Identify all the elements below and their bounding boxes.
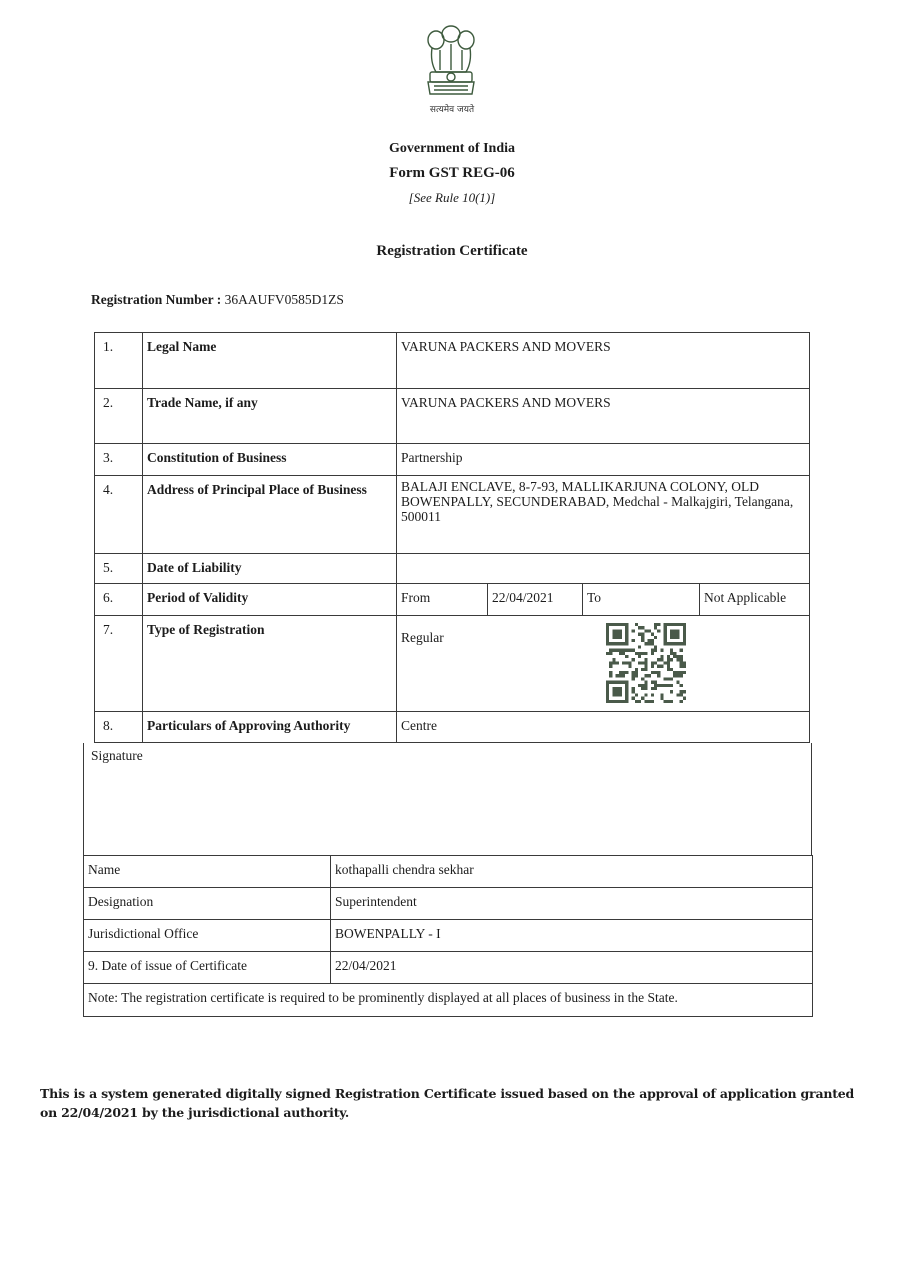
form-heading: Form GST REG-06 [0, 165, 904, 182]
approving-authority-value: Centre [397, 712, 810, 743]
row-label: Address of Principal Place of Business [143, 476, 397, 554]
signatory-name-label: Name [84, 856, 331, 888]
table-row: 4. Address of Principal Place of Busines… [95, 476, 810, 554]
display-note: Note: The registration certificate is re… [84, 984, 813, 1017]
validity-from-value: 22/04/2021 [488, 584, 583, 616]
table-row: 8. Particulars of Approving Authority Ce… [95, 712, 810, 743]
table-row: 9. Date of issue of Certificate 22/04/20… [84, 952, 813, 984]
legal-name-value: VARUNA PACKERS AND MOVERS [397, 333, 810, 389]
signature-box: Signature [83, 743, 812, 856]
signatory-name-value: kothapalli chendra sekhar [331, 856, 813, 888]
national-emblem-icon [418, 22, 484, 100]
date-of-liability-value [397, 554, 810, 584]
registration-type-value: Regular [397, 616, 810, 712]
row-number: 3. [95, 444, 143, 476]
table-row: 3. Constitution of Business Partnership [95, 444, 810, 476]
row-label: Date of Liability [143, 554, 397, 584]
signature-label: Signature [91, 748, 143, 764]
page-title: Registration Certificate [0, 243, 904, 260]
emblem-motto: सत्यमेव जयते [380, 102, 524, 115]
row-number: 2. [95, 389, 143, 444]
registration-number: Registration Number : 36AAUFV0585D1ZS [91, 292, 344, 308]
constitution-value: Partnership [397, 444, 810, 476]
address-value: BALAJI ENCLAVE, 8-7-93, MALLIKARJUNA COL… [397, 476, 810, 554]
validity-to-value: Not Applicable [700, 584, 810, 616]
jurisdictional-office-value: BOWENPALLY - I [331, 920, 813, 952]
validity-from-label: From [397, 584, 488, 616]
jurisdictional-office-label: Jurisdictional Office [84, 920, 331, 952]
table-row: Designation Superintendent [84, 888, 813, 920]
row-label: Legal Name [143, 333, 397, 389]
row-label: Period of Validity [143, 584, 397, 616]
rule-reference: [See Rule 10(1)] [0, 190, 904, 206]
row-number: 6. [95, 584, 143, 616]
table-row: 7. Type of Registration Regular [95, 616, 810, 712]
table-row: Note: The registration certificate is re… [84, 984, 813, 1017]
table-row: 1. Legal Name VARUNA PACKERS AND MOVERS [95, 333, 810, 389]
table-row: Name kothapalli chendra sekhar [84, 856, 813, 888]
issue-date-value: 22/04/2021 [331, 952, 813, 984]
row-label: Particulars of Approving Authority [143, 712, 397, 743]
registration-number-value: 36AAUFV0585D1ZS [225, 292, 344, 307]
signatory-table: Name kothapalli chendra sekhar Designati… [83, 855, 813, 1017]
trade-name-value: VARUNA PACKERS AND MOVERS [397, 389, 810, 444]
table-row: 2. Trade Name, if any VARUNA PACKERS AND… [95, 389, 810, 444]
designation-value: Superintendent [331, 888, 813, 920]
row-number: 4. [95, 476, 143, 554]
qr-code-icon [606, 623, 686, 703]
row-label: Constitution of Business [143, 444, 397, 476]
table-row: 5. Date of Liability [95, 554, 810, 584]
issue-date-label: 9. Date of issue of Certificate [84, 952, 331, 984]
row-label: Type of Registration [143, 616, 397, 712]
row-number: 8. [95, 712, 143, 743]
validity-to-label: To [583, 584, 700, 616]
row-number: 5. [95, 554, 143, 584]
table-row: Jurisdictional Office BOWENPALLY - I [84, 920, 813, 952]
details-table: 1. Legal Name VARUNA PACKERS AND MOVERS … [94, 332, 810, 743]
government-heading: Government of India [0, 141, 904, 157]
row-number: 7. [95, 616, 143, 712]
row-label: Trade Name, if any [143, 389, 397, 444]
system-generated-footer: This is a system generated digitally sig… [40, 1084, 860, 1122]
row-number: 1. [95, 333, 143, 389]
table-row: 6. Period of Validity From 22/04/2021 To… [95, 584, 810, 616]
registration-number-label: Registration Number : [91, 292, 221, 307]
designation-label: Designation [84, 888, 331, 920]
